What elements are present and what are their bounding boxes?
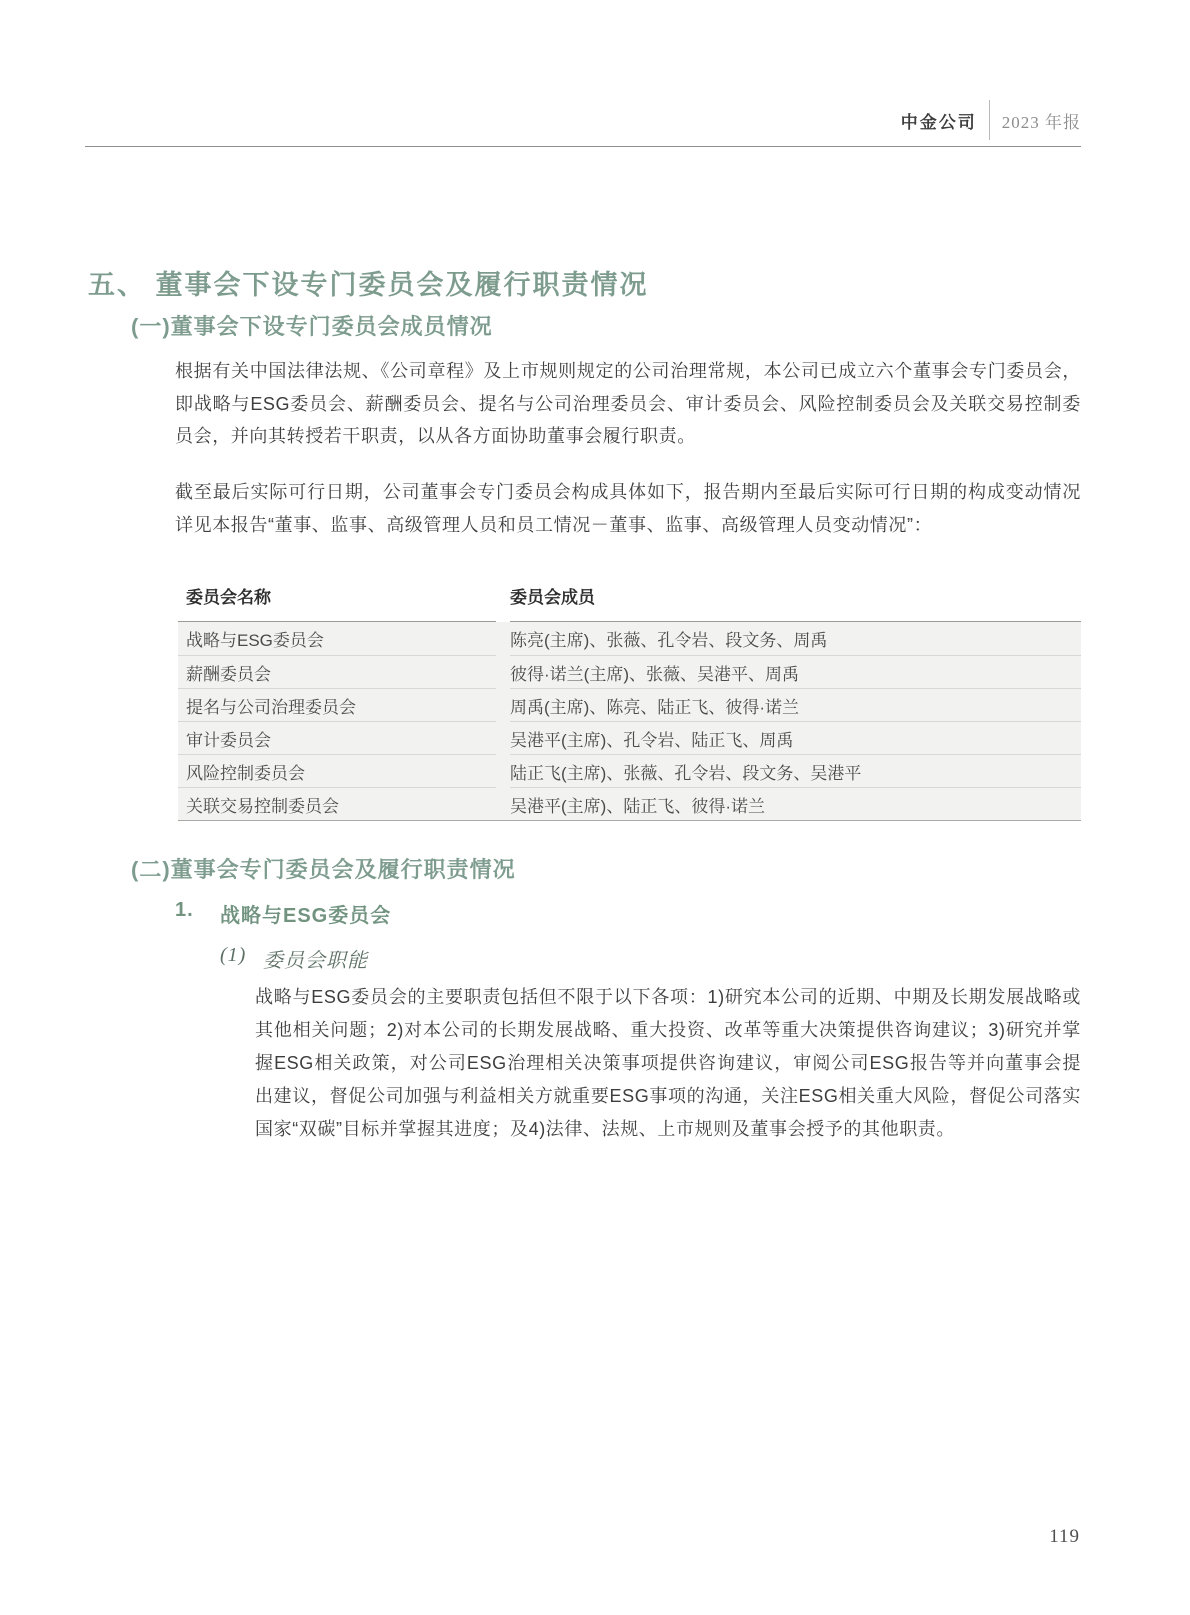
committee-name: 风险控制委员会 [178,754,496,787]
item-1-1-heading: (1) 委员会职能 [220,944,368,973]
committee-members: 彼得·诺兰(主席)、张薇、吴港平、周禹 [510,655,1081,688]
committees-table: 委员会名称 委员会成员 战略与ESG委员会 陈亮(主席)、张薇、孔令岩、段文务、… [178,575,1081,821]
table-header-row: 委员会名称 委员会成员 [178,575,1081,622]
committee-name: 战略与ESG委员会 [178,622,496,655]
committee-name: 提名与公司治理委员会 [178,688,496,721]
page-header: 中金公司 2023 年报 [901,100,1081,140]
document-page: 中金公司 2023 年报 五、 董事会下设专门委员会及履行职责情况 (一)董事会… [0,0,1190,1615]
table-row: 薪酬委员会 彼得·诺兰(主席)、张薇、吴港平、周禹 [178,655,1081,688]
committee-name: 薪酬委员会 [178,655,496,688]
paragraph-committees-overview: 根据有关中国法律法规、《公司章程》及上市规则规定的公司治理常规，本公司已成立六个… [175,355,1081,453]
table-row: 关联交易控制委员会 吴港平(主席)、陆正飞、彼得·诺兰 [178,787,1081,820]
item-1-heading: 1. 战略与ESG委员会 [175,899,391,928]
item-1-1-number: (1) [220,944,263,973]
column-header-name: 委员会名称 [178,575,496,622]
report-edition: 2023 年报 [1002,108,1081,133]
table-row: 审计委员会 吴港平(主席)、孔令岩、陆正飞、周禹 [178,721,1081,754]
committee-name: 关联交易控制委员会 [178,787,496,820]
header-divider [989,100,990,140]
committee-members: 周禹(主席)、陈亮、陆正飞、彼得·诺兰 [510,688,1081,721]
committee-members: 陆正飞(主席)、张薇、孔令岩、段文务、吴港平 [510,754,1081,787]
table-row: 战略与ESG委员会 陈亮(主席)、张薇、孔令岩、段文务、周禹 [178,622,1081,655]
committee-members: 吴港平(主席)、孔令岩、陆正飞、周禹 [510,721,1081,754]
subsection-2-title: (二)董事会专门委员会及履行职责情况 [131,853,516,884]
section-title: 五、 董事会下设专门委员会及履行职责情况 [88,263,649,302]
item-1-1-title: 委员会职能 [263,944,368,973]
table-row: 提名与公司治理委员会 周禹(主席)、陈亮、陆正飞、彼得·诺兰 [178,688,1081,721]
committee-members: 吴港平(主席)、陆正飞、彼得·诺兰 [510,787,1081,820]
committee-members: 陈亮(主席)、张薇、孔令岩、段文务、周禹 [510,622,1081,655]
paragraph-composition-note: 截至最后实际可行日期，公司董事会专门委员会构成具体如下，报告期内至最后实际可行日… [175,476,1081,541]
table-row: 风险控制委员会 陆正飞(主席)、张薇、孔令岩、段文务、吴港平 [178,754,1081,787]
table-body: 战略与ESG委员会 陈亮(主席)、张薇、孔令岩、段文务、周禹 薪酬委员会 彼得·… [178,622,1081,821]
committee-name: 审计委员会 [178,721,496,754]
paragraph-committee-functions: 战略与ESG委员会的主要职责包括但不限于以下各项：1)研究本公司的近期、中期及长… [255,981,1081,1146]
header-rule [85,146,1081,147]
column-header-members: 委员会成员 [510,575,1081,622]
page-number: 119 [1049,1526,1080,1548]
item-1-number: 1. [175,899,220,928]
company-name: 中金公司 [901,108,977,133]
item-1-title: 战略与ESG委员会 [220,899,391,928]
subsection-1-title: (一)董事会下设专门委员会成员情况 [131,310,493,341]
